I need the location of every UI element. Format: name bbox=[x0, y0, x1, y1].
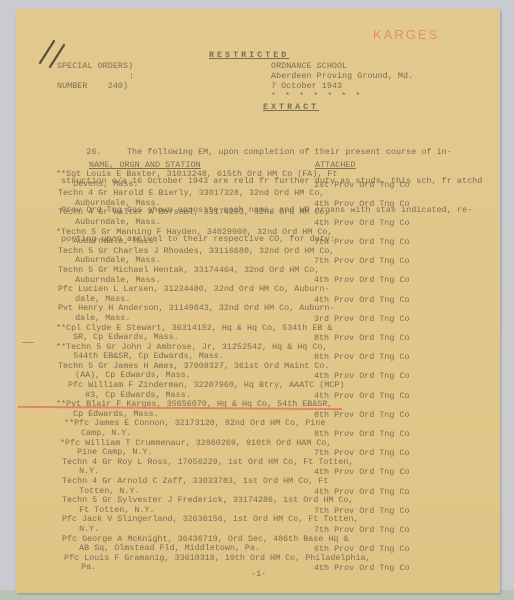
personnel-entry: **Pfc James E Connon, 32173120, 92nd Ord… bbox=[16, 419, 500, 438]
personnel-entry: Techn 5 Gr James H Ames, 37008327, 361st… bbox=[16, 362, 500, 381]
entry-station-line: Pa. bbox=[66, 563, 96, 573]
personnel-entry: Techn 4 Gr Harold E Bierly, 33017328, 32… bbox=[16, 189, 500, 208]
orders-number: NUMBER 240) bbox=[57, 82, 128, 92]
personnel-entry: Techn 4 Gr Walter A Borseel, 33174203, 3… bbox=[16, 208, 500, 227]
orders-colon: : bbox=[129, 72, 134, 82]
personnel-entry: Pvt Henry H Anderson, 31149843, 32nd Ord… bbox=[16, 304, 500, 323]
personnel-entry: Pfc Jack V Slingerland, 32636156, 1st Or… bbox=[16, 515, 500, 534]
separator-stars: * * * * * * * bbox=[271, 92, 362, 102]
page-number: -1- bbox=[251, 570, 266, 580]
personnel-entry: **Pvt Blair F Karges, 35656070, Hq & Hq … bbox=[16, 400, 500, 419]
personnel-entry: Pfc George A McKnight, 36436719, Ord Sec… bbox=[16, 535, 500, 554]
personnel-entry: **Sgt Louis E Baxter, 31013248, 615th Or… bbox=[16, 170, 500, 189]
paragraph-line: 26. The following EM, upon completion of… bbox=[61, 148, 482, 158]
margin-pencil-mark bbox=[22, 342, 34, 343]
personnel-entry: **Techn 5 Gr John J Ambrose, Jr, 3125254… bbox=[16, 343, 500, 362]
handwritten-name-note: KARGES bbox=[373, 27, 439, 42]
personnel-entry: *Techn 5 Gr Manning F Hayden, 34029900, … bbox=[16, 228, 500, 247]
personnel-entry: Pfc Lucien L Larsen, 31234480, 32nd Ord … bbox=[16, 285, 500, 304]
classification-heading: RESTRICTED bbox=[209, 51, 289, 61]
personnel-list: **Sgt Louis E Baxter, 31013248, 615th Or… bbox=[16, 170, 500, 573]
entry-attached-unit: 4th Prov Ord Tng Co bbox=[314, 564, 410, 574]
special-orders-label: SPECIAL ORDERS) bbox=[57, 62, 133, 72]
extract-heading: EXTRACT bbox=[263, 103, 319, 113]
personnel-entry: Techn 4 Gr Arnold C Zaff, 33033783, 1st … bbox=[16, 477, 500, 496]
personnel-entry: Techn 5 Gr Michael Hentak, 33174464, 32n… bbox=[16, 266, 500, 285]
personnel-entry: Pfc William F Zinderman, 32207960, Hq Bt… bbox=[16, 381, 500, 400]
personnel-entry: Techn 4 Gr Roy L Ross, 17056229, 1st Ord… bbox=[16, 458, 500, 477]
personnel-entry: Techn 5 Gr Sylvester J Frederick, 331742… bbox=[16, 496, 500, 515]
personnel-entry: *Pfc William T Crummenaur, 32860269, 910… bbox=[16, 439, 500, 458]
personnel-entry: Techn 5 Gr Charles J Rhoades, 33116680, … bbox=[16, 247, 500, 266]
entry-name-line: Pfc Jack V Slingerland, 32636156, 1st Or… bbox=[62, 515, 359, 525]
entry-name-line: Techn 4 Gr Roy L Ross, 17056229, 1st Ord… bbox=[62, 458, 354, 468]
personnel-entry: **Cpl Clyde E Stewart, 36314152, Hq & Hq… bbox=[16, 324, 500, 343]
document-page: KARGES RESTRICTED SPECIAL ORDERS) : NUMB… bbox=[16, 9, 500, 593]
entry-name-line: Pfc Louis F Gramanig, 33610318, 10th Ord… bbox=[64, 554, 371, 564]
